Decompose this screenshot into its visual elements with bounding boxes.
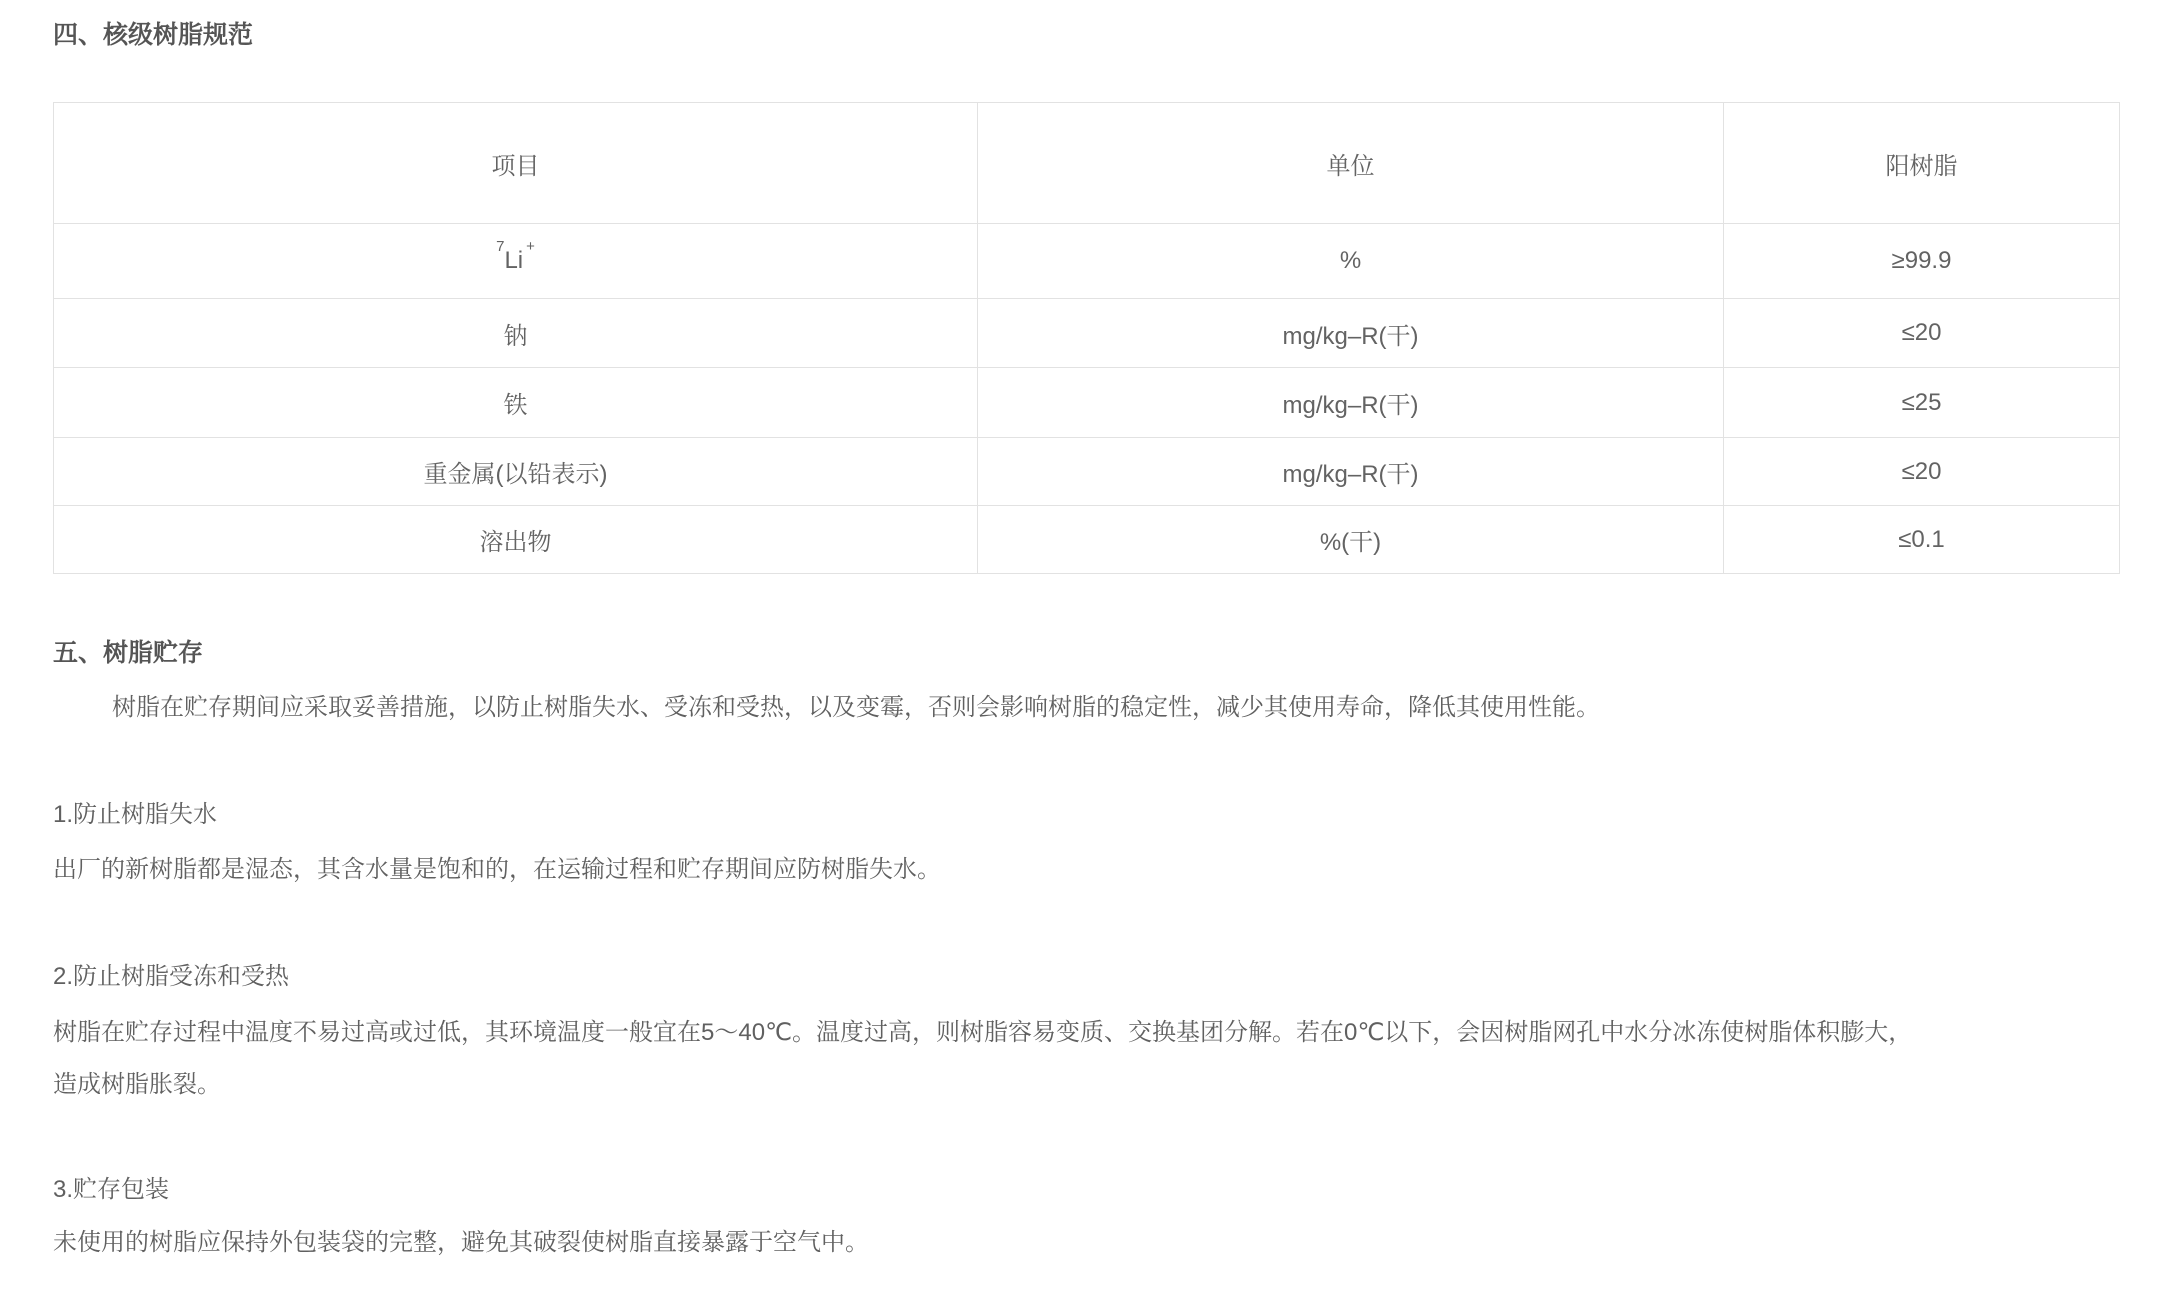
cell-item: 溶出物	[54, 506, 978, 574]
cell-item-li7: 7Li+	[54, 224, 978, 299]
table-row: 铁 mg/kg–R(干) ≤25	[54, 368, 2120, 438]
subsection2-body-line2: 造成树脂胀裂。	[53, 1068, 221, 1102]
table-header-row: 项目 单位 阳树脂	[54, 103, 2120, 224]
cell-unit: mg/kg–R(干)	[978, 368, 1724, 438]
table-row: 7Li+ % ≥99.9	[54, 224, 2120, 299]
cell-unit: mg/kg–R(干)	[978, 438, 1724, 506]
subsection3-title: 3.贮存包装	[53, 1173, 169, 1207]
subsection3-body: 未使用的树脂应保持外包装袋的完整，避免其破裂使树脂直接暴露于空气中。	[53, 1226, 869, 1260]
li7-mass-superscript: 7	[496, 238, 504, 255]
section5-intro-paragraph: 树脂在贮存期间应采取妥善措施，以防止树脂失水、受冻和受热，以及变霉，否则会影响树…	[53, 691, 1600, 725]
cell-unit: %(干)	[978, 506, 1724, 574]
cell-value: ≤25	[1724, 368, 2120, 438]
cell-item: 钠	[54, 299, 978, 368]
table-row: 钠 mg/kg–R(干) ≤20	[54, 299, 2120, 368]
cell-unit: mg/kg–R(干)	[978, 299, 1724, 368]
section5-title: 五、树脂贮存	[53, 636, 203, 670]
subsection2-body-line1: 树脂在贮存过程中温度不易过高或过低，其环境温度一般宜在5～40℃。温度过高，则树…	[53, 1016, 1912, 1050]
cell-value: ≤20	[1724, 438, 2120, 506]
cell-unit: %	[978, 224, 1724, 299]
cell-value: ≥99.9	[1724, 224, 2120, 299]
cell-item: 铁	[54, 368, 978, 438]
cell-value: ≤0.1	[1724, 506, 2120, 574]
cell-value: ≤20	[1724, 299, 2120, 368]
table-row: 溶出物 %(干) ≤0.1	[54, 506, 2120, 574]
li7-charge-superscript: +	[526, 238, 535, 255]
subsection2-title: 2.防止树脂受冻和受热	[53, 960, 289, 994]
li7-symbol: Li	[504, 247, 523, 274]
column-header-unit: 单位	[978, 103, 1724, 224]
subsection1-title: 1.防止树脂失水	[53, 798, 217, 832]
subsection1-body: 出厂的新树脂都是湿态，其含水量是饱和的，在运输过程和贮存期间应防树脂失水。	[53, 853, 941, 887]
section4-title: 四、核级树脂规范	[53, 18, 253, 52]
table-row: 重金属(以铅表示) mg/kg–R(干) ≤20	[54, 438, 2120, 506]
column-header-resin: 阳树脂	[1724, 103, 2120, 224]
resin-spec-table: 项目 单位 阳树脂 7Li+ % ≥99.9 钠 mg/kg–R(干) ≤20 …	[53, 102, 2120, 574]
column-header-item: 项目	[54, 103, 978, 224]
cell-item: 重金属(以铅表示)	[54, 438, 978, 506]
